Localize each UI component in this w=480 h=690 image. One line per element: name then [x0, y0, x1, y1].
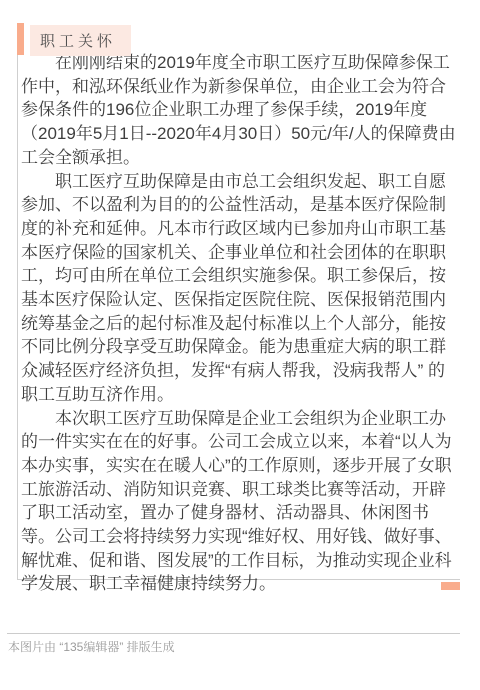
- paragraph: 在刚刚结束的2019年度全市职工医疗互助保障参保工作中，和泓环保纸业作为新参保单…: [21, 51, 459, 170]
- section-title-box: 职工关怀: [30, 25, 131, 56]
- article-body: 在刚刚结束的2019年度全市职工医疗互助保障参保工作中，和泓环保纸业作为新参保单…: [21, 51, 459, 596]
- footer-divider: [7, 633, 460, 634]
- paragraph: 本次职工医疗互助保障是企业工会组织为企业职工办的一件实实在在的好事。公司工会成立…: [21, 407, 459, 597]
- editor-credit: 本图片由 “135编辑器” 排版生成: [8, 638, 175, 655]
- section-title: 职工关怀: [40, 30, 116, 51]
- accent-bar-top-left: [17, 23, 24, 55]
- paragraph: 职工医疗互助保障是由市总工会组织发起、职工自愿参加、不以盈利为目的的公益性活动，…: [21, 170, 459, 407]
- page: { "page": { "background": "#ffffff", "ac…: [0, 0, 480, 690]
